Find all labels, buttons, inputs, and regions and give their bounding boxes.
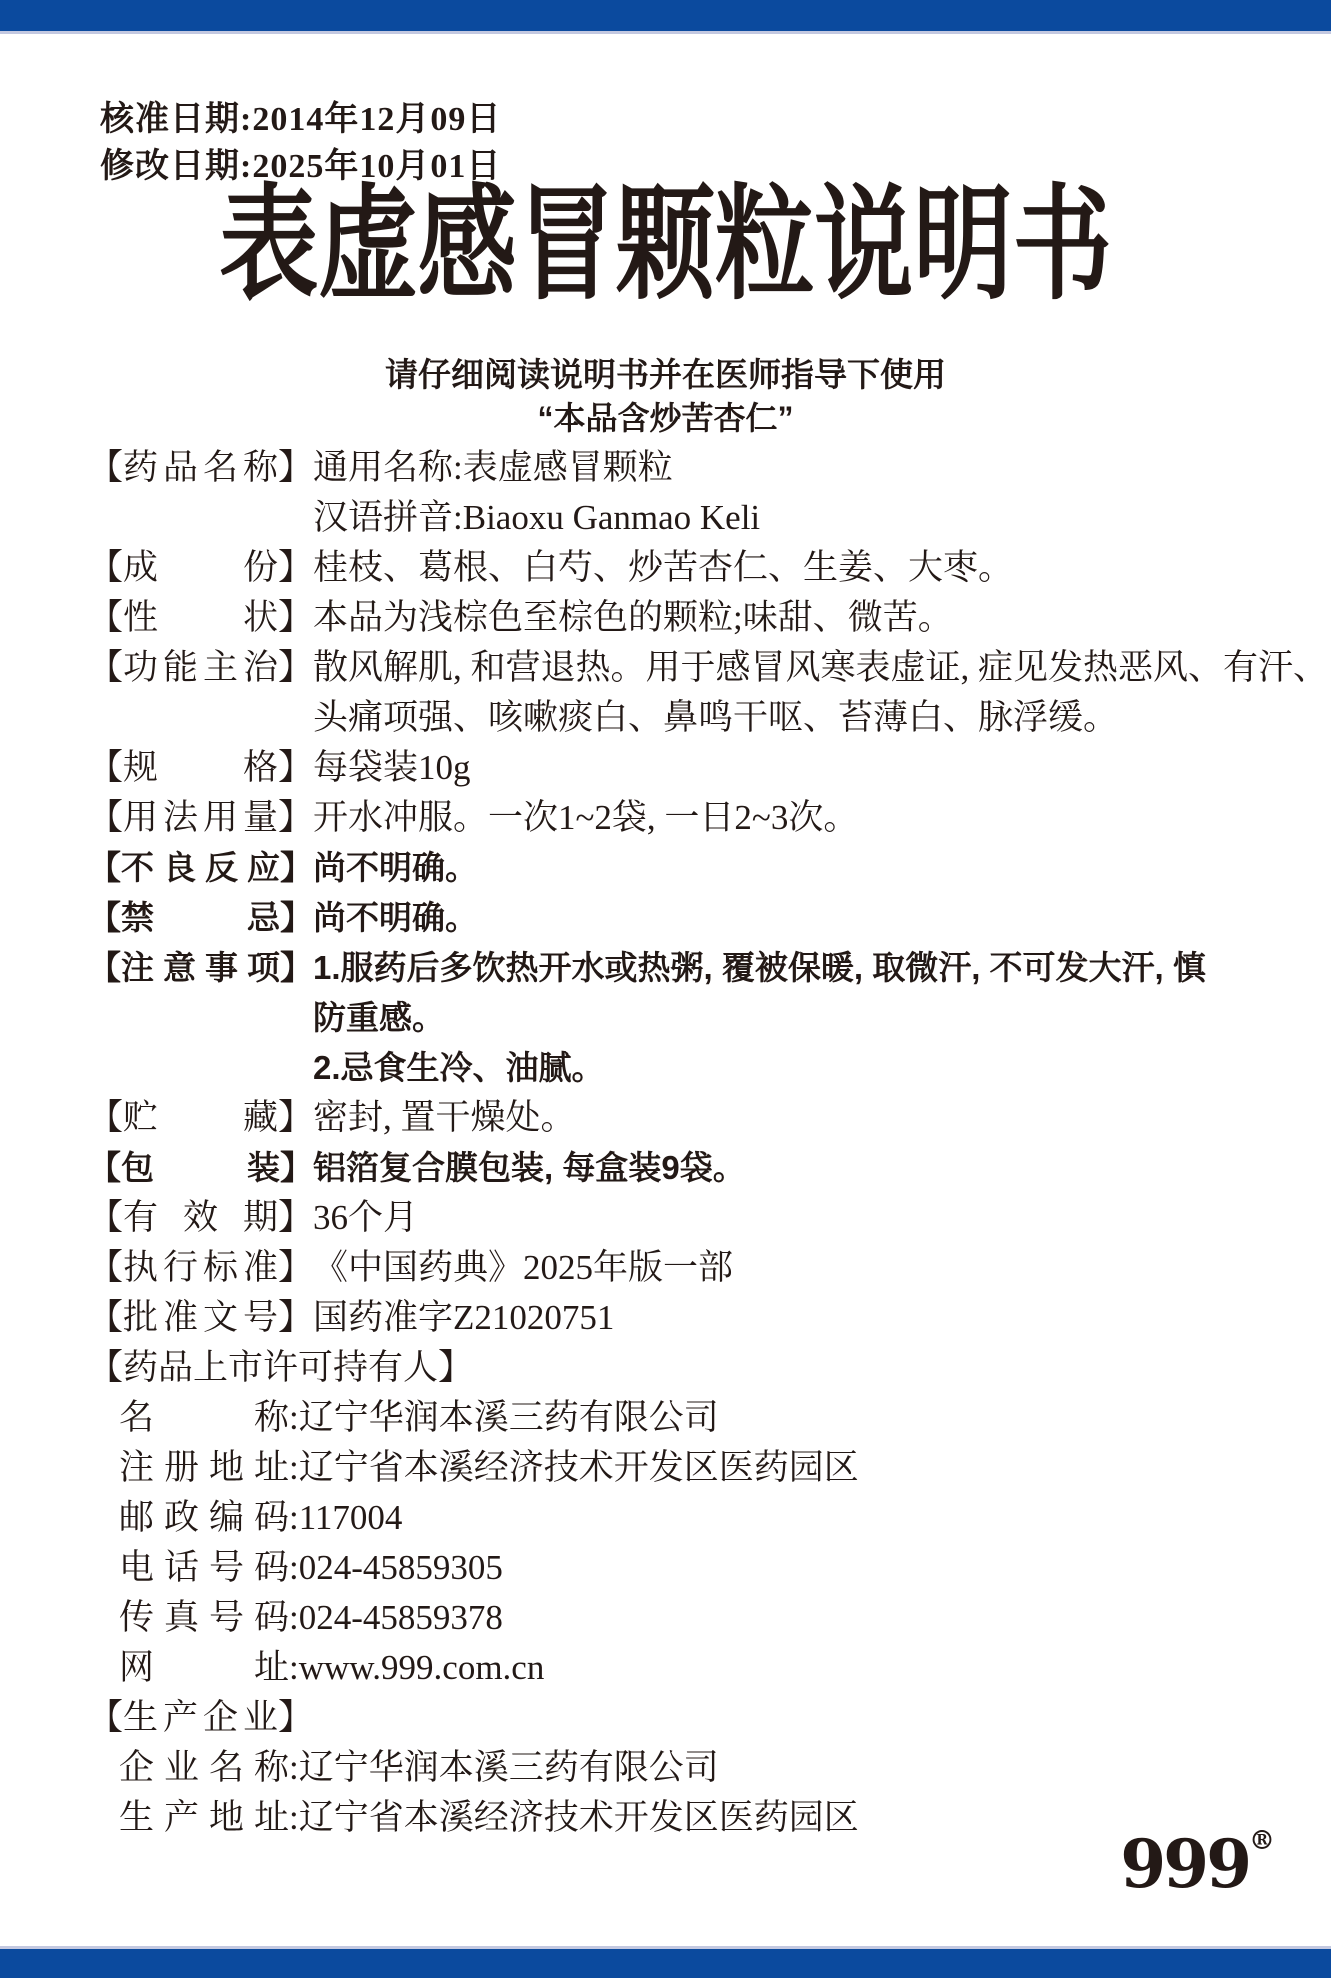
bracket-close-mark: 】 <box>278 743 313 793</box>
bracket-close-mark: 】 <box>438 1343 473 1393</box>
bracket-close-mark: 】 <box>280 843 313 893</box>
bracket-open-mark: 【 <box>88 1093 123 1143</box>
row-sublabel-text: 网址 <box>119 1643 289 1693</box>
row-content: 防重感。 <box>313 993 1291 1043</box>
row-label-text: 包装 <box>121 1143 280 1193</box>
row-sublabel-text: 名称 <box>119 1393 289 1443</box>
leaflet-row: 企业名称:辽宁华润本溪三药有限公司 <box>88 1743 1291 1793</box>
row-content: 辽宁华润本溪三药有限公司 <box>299 1743 1291 1793</box>
leaflet-row: 邮政编码:117004 <box>88 1493 1291 1543</box>
leaflet-page: 核准日期:2014年12月09日 修改日期:2025年10月01日 表虚感冒颗粒… <box>0 0 1331 1978</box>
leaflet-row: 注册地址:辽宁省本溪经济技术开发区医药园区 <box>88 1443 1291 1493</box>
row-label: 【有效期】 <box>88 1193 313 1243</box>
colon-mark: : <box>289 1743 299 1793</box>
leaflet-row: 名称:辽宁华润本溪三药有限公司 <box>88 1393 1291 1443</box>
bracket-open-mark: 【 <box>88 593 123 643</box>
row-content: 辽宁省本溪经济技术开发区医药园区 <box>299 1443 1291 1493</box>
bracket-close-mark: 】 <box>278 1093 313 1143</box>
leaflet-body: 【药品名称】通用名称:表虚感冒颗粒汉语拼音:Biaoxu Ganmao Keli… <box>88 443 1291 1843</box>
leaflet-row: 【药品名称】通用名称:表虚感冒颗粒 <box>88 443 1291 493</box>
bracket-open-mark: 【 <box>88 443 123 493</box>
colon-mark: : <box>289 1593 299 1643</box>
row-content: 通用名称:表虚感冒颗粒 <box>313 443 1291 493</box>
bracket-close-mark: 】 <box>278 1243 313 1293</box>
row-label-text: 药品上市许可持有人 <box>123 1343 438 1393</box>
bracket-open-mark: 【 <box>88 793 123 843</box>
row-label: 【注意事项】 <box>88 943 313 993</box>
row-content: 头痛项强、咳嗽痰白、鼻鸣干呕、苔薄白、脉浮缓。 <box>313 693 1291 743</box>
row-content: 每袋装10g <box>313 743 1291 793</box>
leaflet-row: 网址:www.999.com.cn <box>88 1643 1291 1693</box>
bottom-blue-bar <box>0 1946 1331 1978</box>
bracket-close-mark: 】 <box>280 1143 313 1193</box>
bracket-open-mark: 【 <box>88 1693 123 1743</box>
row-content: 开水冲服。一次1~2袋, 一日2~3次。 <box>313 793 1291 843</box>
bracket-open-mark: 【 <box>88 1243 123 1293</box>
row-label-text: 功能主治 <box>123 643 278 693</box>
row-content: 尚不明确。 <box>313 893 1291 943</box>
bracket-open-mark: 【 <box>88 643 123 693</box>
row-label-text: 执行标准 <box>123 1243 278 1293</box>
row-sublabel-text: 传真号码 <box>119 1593 289 1643</box>
row-label: 【成份】 <box>88 543 313 593</box>
leaflet-row: 【用法用量】开水冲服。一次1~2袋, 一日2~3次。 <box>88 793 1291 843</box>
row-label-text: 规格 <box>123 743 278 793</box>
row-content: 024-45859305 <box>299 1543 1291 1593</box>
row-label: 【包装】 <box>88 1143 313 1193</box>
row-label: 【规格】 <box>88 743 313 793</box>
row-content: 《中国药典》2025年版一部 <box>313 1243 1291 1293</box>
leaflet-row: 【性状】本品为浅棕色至棕色的颗粒;味甜、微苦。 <box>88 593 1291 643</box>
row-label: 【功能主治】 <box>88 643 313 693</box>
bracket-close-mark: 】 <box>280 893 313 943</box>
leaflet-row: 电话号码:024-45859305 <box>88 1543 1291 1593</box>
bracket-open-mark: 【 <box>88 943 121 993</box>
row-label-text: 药品名称 <box>123 443 278 493</box>
row-label-text: 生产企业 <box>123 1693 278 1743</box>
colon-mark: : <box>289 1493 299 1543</box>
bracket-open-mark: 【 <box>88 1193 123 1243</box>
row-sublabel-text: 邮政编码 <box>119 1493 289 1543</box>
row-label-text: 注意事项 <box>121 943 280 993</box>
bracket-close-mark: 】 <box>278 1693 313 1743</box>
leaflet-row: 【成份】桂枝、葛根、白芍、炒苦杏仁、生姜、大枣。 <box>88 543 1291 593</box>
leaflet-row: 【注意事项】1.服药后多饮热开水或热粥, 覆被保暖, 取微汗, 不可发大汗, 慎 <box>88 943 1291 993</box>
row-label-text: 批准文号 <box>123 1293 278 1343</box>
bracket-open-mark: 【 <box>88 1343 123 1393</box>
bracket-open-mark: 【 <box>88 1293 123 1343</box>
row-content <box>313 1693 1291 1743</box>
row-content: 1.服药后多饮热开水或热粥, 覆被保暖, 取微汗, 不可发大汗, 慎 <box>313 943 1291 993</box>
row-content: 117004 <box>299 1493 1291 1543</box>
bracket-close-mark: 】 <box>278 593 313 643</box>
top-blue-bar <box>0 0 1331 34</box>
bracket-open-mark: 【 <box>88 1143 121 1193</box>
row-content: 36个月 <box>313 1193 1291 1243</box>
leaflet-row: 【包装】铝箔复合膜包装, 每盒装9袋。 <box>88 1143 1291 1193</box>
leaflet-row: 生产地址:辽宁省本溪经济技术开发区医药园区 <box>88 1793 1291 1843</box>
row-sublabel-text: 电话号码 <box>119 1543 289 1593</box>
registered-mark-icon: ® <box>1249 1826 1275 1856</box>
row-content: 桂枝、葛根、白芍、炒苦杏仁、生姜、大枣。 <box>313 543 1291 593</box>
row-label-text: 有效期 <box>123 1193 278 1243</box>
leaflet-row: 2.忌食生冷、油腻。 <box>88 1043 1291 1093</box>
row-label: 【生产企业】 <box>88 1693 313 1743</box>
row-content: 2.忌食生冷、油腻。 <box>313 1043 1291 1093</box>
colon-mark: : <box>289 1793 299 1843</box>
row-content: www.999.com.cn <box>299 1643 1291 1693</box>
leaflet-row: 【批准文号】国药准字Z21020751 <box>88 1293 1291 1343</box>
row-content <box>473 1343 1291 1393</box>
row-label-text: 不良反应 <box>121 843 280 893</box>
bracket-open-mark: 【 <box>88 743 123 793</box>
row-label: 【不良反应】 <box>88 843 313 893</box>
row-label-text: 用法用量 <box>123 793 278 843</box>
colon-mark: : <box>289 1543 299 1593</box>
page-title: 表虚感冒颗粒说明书 <box>133 168 1198 323</box>
colon-mark: : <box>289 1393 299 1443</box>
brand-logo-999: 999® <box>1120 1828 1275 1897</box>
bracket-close-mark: 】 <box>278 543 313 593</box>
row-content: 国药准字Z21020751 <box>313 1293 1291 1343</box>
row-content: 尚不明确。 <box>313 843 1291 893</box>
leaflet-row: 防重感。 <box>88 993 1291 1043</box>
row-content: 铝箔复合膜包装, 每盒装9袋。 <box>313 1143 1291 1193</box>
leaflet-row: 【执行标准】《中国药典》2025年版一部 <box>88 1243 1291 1293</box>
row-sublabel-text: 企业名称 <box>119 1743 289 1793</box>
colon-mark: : <box>289 1443 299 1493</box>
approval-date: 核准日期:2014年12月09日 <box>100 96 501 143</box>
leaflet-row: 【生产企业】 <box>88 1693 1291 1743</box>
bracket-open-mark: 【 <box>88 843 121 893</box>
row-label: 【贮藏】 <box>88 1093 313 1143</box>
row-label-text: 成份 <box>123 543 278 593</box>
bracket-close-mark: 】 <box>278 1293 313 1343</box>
bracket-close-mark: 】 <box>278 793 313 843</box>
leaflet-row: 【功能主治】散风解肌, 和营退热。用于感冒风寒表虚证, 症见发热恶风、有汗、 <box>88 643 1291 693</box>
row-label: 【执行标准】 <box>88 1243 313 1293</box>
bracket-open-mark: 【 <box>88 893 121 943</box>
row-label: 【性状】 <box>88 593 313 643</box>
row-content: 024-45859378 <box>299 1593 1291 1643</box>
row-label: 【批准文号】 <box>88 1293 313 1343</box>
row-label: 【禁忌】 <box>88 893 313 943</box>
row-label: 【药品名称】 <box>88 443 313 493</box>
bracket-open-mark: 【 <box>88 543 123 593</box>
row-content: 密封, 置干燥处。 <box>313 1093 1291 1143</box>
row-content: 散风解肌, 和营退热。用于感冒风寒表虚证, 症见发热恶风、有汗、 <box>313 643 1328 693</box>
leaflet-row: 汉语拼音:Biaoxu Ganmao Keli <box>88 493 1291 543</box>
row-content: 本品为浅棕色至棕色的颗粒;味甜、微苦。 <box>313 593 1291 643</box>
bracket-close-mark: 】 <box>278 443 313 493</box>
leaflet-row: 【有效期】36个月 <box>88 1193 1291 1243</box>
bracket-close-mark: 】 <box>278 1193 313 1243</box>
leaflet-row: 【禁忌】尚不明确。 <box>88 893 1291 943</box>
leaflet-row: 【药品上市许可持有人】 <box>88 1343 1291 1393</box>
row-sublabel-text: 注册地址 <box>119 1443 289 1493</box>
logo-text: 999 <box>1120 1825 1249 1903</box>
row-sublabel-text: 生产地址 <box>119 1793 289 1843</box>
leaflet-row: 传真号码:024-45859378 <box>88 1593 1291 1643</box>
leaflet-row: 头痛项强、咳嗽痰白、鼻鸣干呕、苔薄白、脉浮缓。 <box>88 693 1291 743</box>
bracket-close-mark: 】 <box>280 943 313 993</box>
row-content: 辽宁华润本溪三药有限公司 <box>299 1393 1291 1443</box>
row-label: 【药品上市许可持有人】 <box>88 1343 473 1393</box>
leaflet-row: 【规格】每袋装10g <box>88 743 1291 793</box>
row-label: 【用法用量】 <box>88 793 313 843</box>
leaflet-row: 【贮藏】密封, 置干燥处。 <box>88 1093 1291 1143</box>
contains-note: “本品含炒苦杏仁” <box>0 393 1331 439</box>
leaflet-row: 【不良反应】尚不明确。 <box>88 843 1291 893</box>
row-label-text: 禁忌 <box>121 893 280 943</box>
row-label-text: 性状 <box>123 593 278 643</box>
row-content: 汉语拼音:Biaoxu Ganmao Keli <box>313 493 1291 543</box>
bracket-close-mark: 】 <box>278 643 313 693</box>
read-carefully-note: 请仔细阅读说明书并在医师指导下使用 <box>0 349 1331 396</box>
row-label-text: 贮藏 <box>123 1093 278 1143</box>
colon-mark: : <box>289 1643 299 1693</box>
